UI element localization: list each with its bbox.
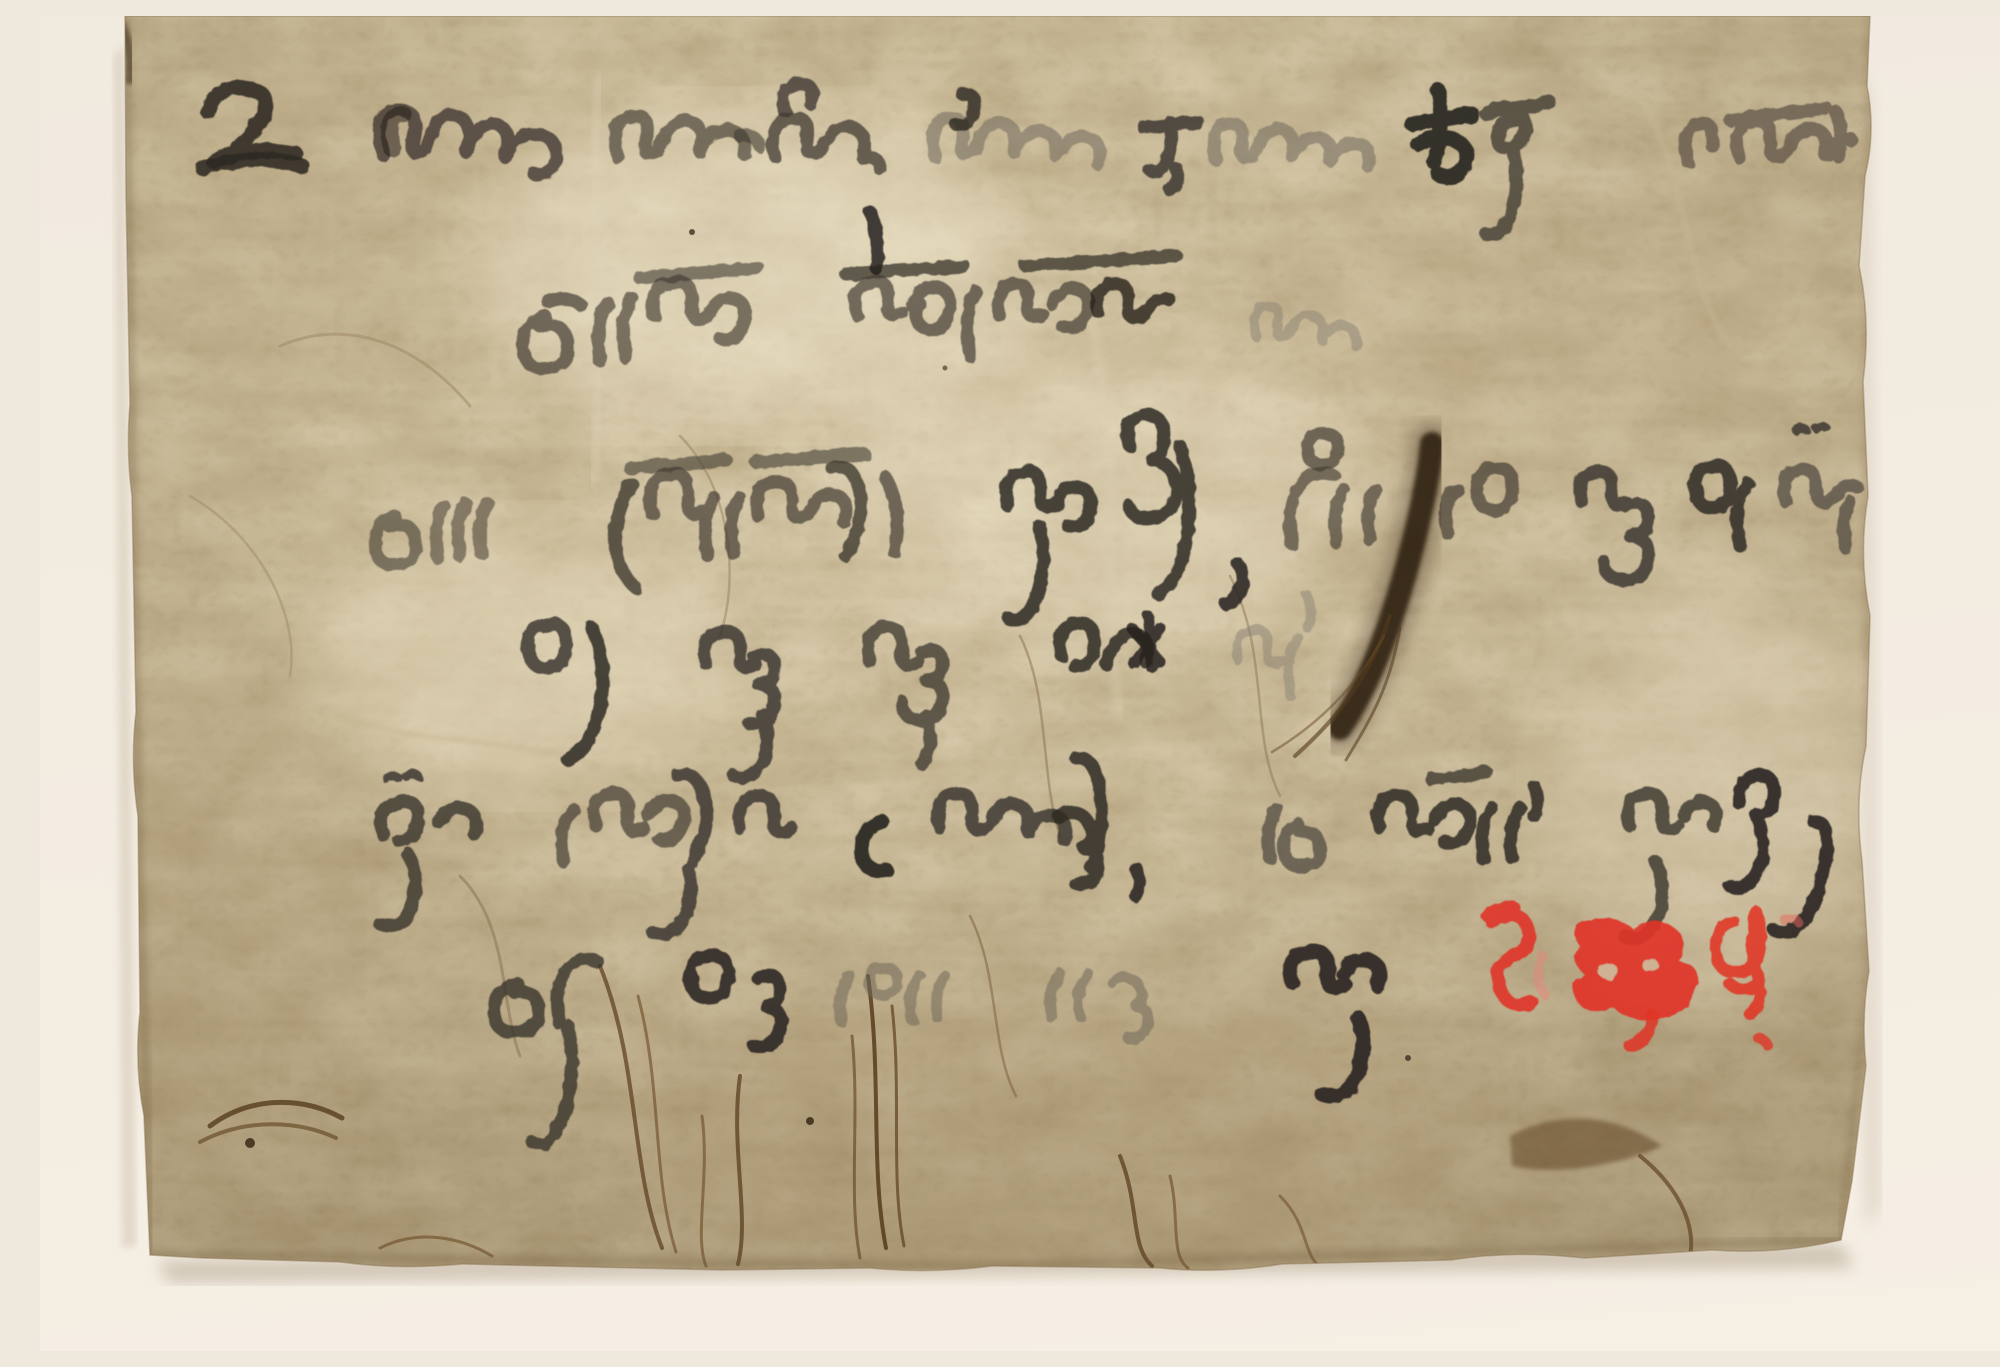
manuscript-photo — [40, 16, 2000, 1351]
manuscript-paper — [80, 16, 1900, 1351]
manuscript-photo-canvas — [40, 16, 2000, 1351]
